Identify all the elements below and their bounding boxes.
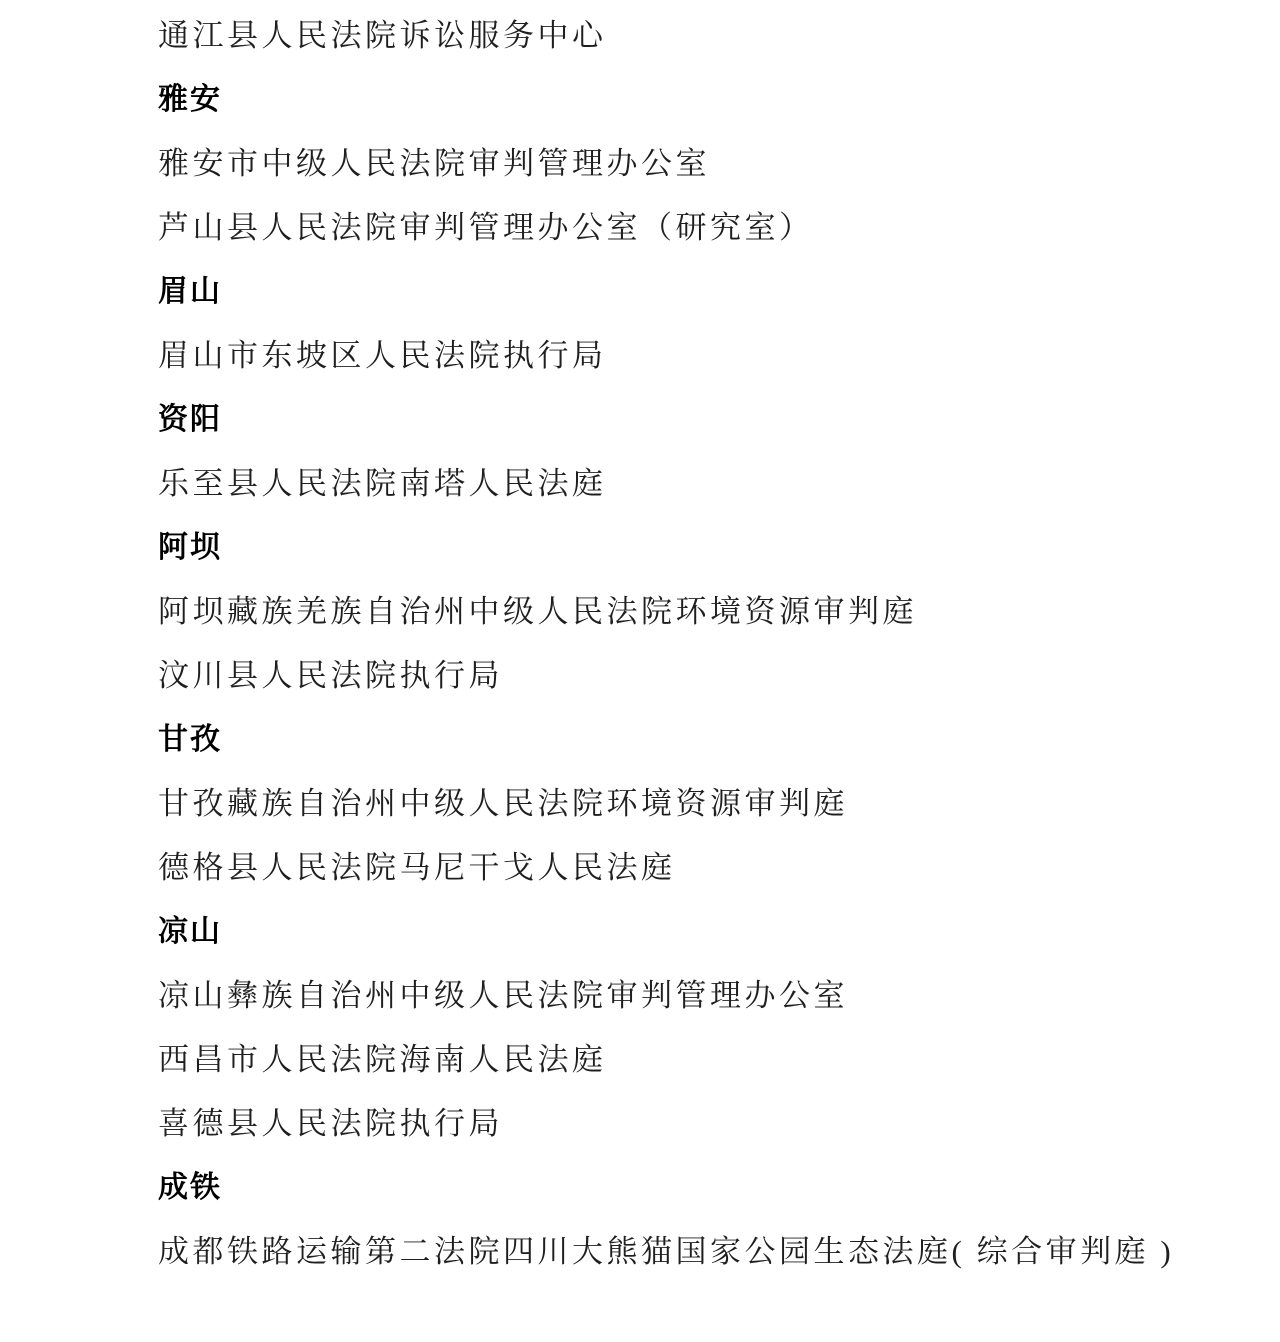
city-heading: 资阳	[158, 384, 1240, 448]
court-item: 西昌市人民法院海南人民法庭	[158, 1024, 1240, 1088]
document-page: 通江县人民法院诉讼服务中心 雅安 雅安市中级人民法院审判管理办公室 芦山县人民法…	[0, 0, 1280, 1342]
court-item: 甘孜藏族自治州中级人民法院环境资源审判庭	[158, 768, 1240, 832]
city-heading: 眉山	[158, 256, 1240, 320]
court-item: 凉山彝族自治州中级人民法院审判管理办公室	[158, 960, 1240, 1024]
court-item: 阿坝藏族羌族自治州中级人民法院环境资源审判庭	[158, 576, 1240, 640]
court-item: 德格县人民法院马尼干戈人民法庭	[158, 832, 1240, 896]
city-heading: 甘孜	[158, 704, 1240, 768]
court-item: 喜德县人民法院执行局	[158, 1088, 1240, 1152]
court-item: 眉山市东坡区人民法院执行局	[158, 320, 1240, 384]
court-item: 通江县人民法院诉讼服务中心	[158, 0, 1240, 64]
city-heading: 阿坝	[158, 512, 1240, 576]
court-item: 汶川县人民法院执行局	[158, 640, 1240, 704]
court-item: 乐至县人民法院南塔人民法庭	[158, 448, 1240, 512]
court-item: 芦山县人民法院审判管理办公室（研究室）	[158, 192, 1240, 256]
city-heading: 雅安	[158, 64, 1240, 128]
city-heading: 成铁	[158, 1152, 1240, 1216]
court-item: 雅安市中级人民法院审判管理办公室	[158, 128, 1240, 192]
city-heading: 凉山	[158, 896, 1240, 960]
court-item: 成都铁路运输第二法院四川大熊猫国家公园生态法庭( 综合审判庭 )	[158, 1216, 1240, 1280]
